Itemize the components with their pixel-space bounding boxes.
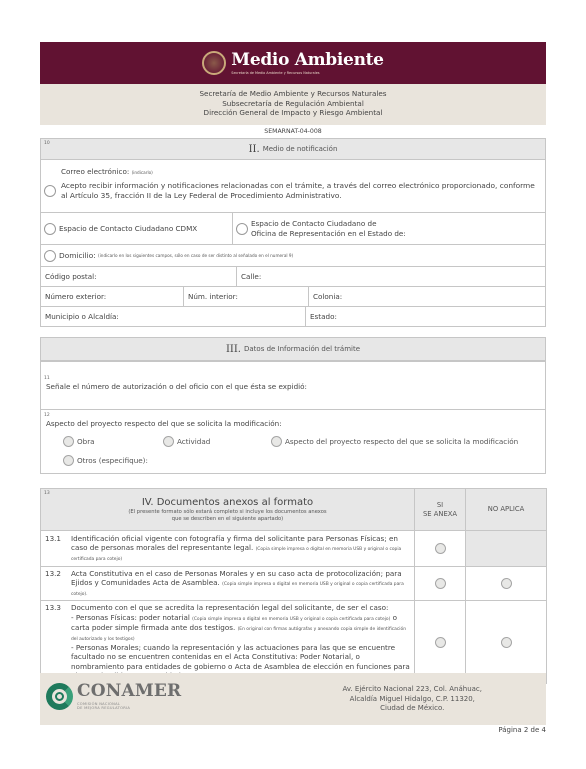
email-label: Correo electrónico: (indicarlo) — [61, 167, 153, 176]
colonia-field[interactable]: Colonia: — [308, 287, 545, 306]
section-roman: III. — [226, 344, 241, 355]
cdmx-label: Espacio de Contacto Ciudadano CDMX — [59, 224, 197, 233]
table-row: 13.3 Documento con el que se acredita la… — [41, 601, 547, 684]
email-consent-text: Acepto recibir información y notificacio… — [61, 181, 543, 201]
header-banner: Medio Ambiente Secretaría de Medio Ambie… — [40, 42, 546, 84]
question-number: 11 — [44, 376, 50, 381]
form-page: Medio Ambiente Secretaría de Medio Ambie… — [40, 42, 546, 684]
section-number: 10 — [44, 141, 50, 146]
section-header: 10 II. Medio de notificación — [41, 139, 545, 159]
column-header-no-aplica: NO APLICA — [466, 489, 547, 531]
estado-radio[interactable] — [236, 223, 248, 235]
option-aspecto[interactable]: Aspecto del proyecto respecto del que se… — [271, 436, 518, 447]
section-roman: II. — [249, 144, 260, 155]
si-anexa-radio[interactable] — [435, 637, 446, 648]
agency-line: Secretaría de Medio Ambiente y Recursos … — [40, 89, 546, 99]
authorization-number-field[interactable]: 11 Señale el número de autorización o de… — [41, 373, 545, 409]
footer-band: CONAMER COMISIÓN NACIONAL DE MEJORA REGU… — [40, 673, 546, 725]
annex-table-title: 13 IV. Documentos anexos al formato (El … — [41, 489, 415, 531]
interior-number-field[interactable]: Núm. interior: — [183, 287, 308, 306]
actividad-radio[interactable] — [163, 436, 174, 447]
section-number: 13 — [44, 491, 50, 496]
column-header-si: SISE ANEXA — [415, 489, 466, 531]
conamer-logo: CONAMER COMISIÓN NACIONAL DE MEJORA REGU… — [46, 683, 181, 711]
email-radio[interactable] — [44, 185, 56, 197]
no-aplica-radio[interactable] — [501, 578, 512, 589]
brand-title: Medio Ambiente — [231, 51, 383, 70]
state-field[interactable]: Estado: — [305, 307, 545, 326]
conamer-emblem-icon — [46, 683, 73, 710]
postal-code-field[interactable]: Código postal: — [41, 267, 236, 286]
estado-label: Espacio de Contacto Ciudadano de — [251, 219, 377, 228]
coat-of-arms-icon — [202, 51, 226, 75]
cdmx-radio[interactable] — [44, 223, 56, 235]
row-number: 13.2 — [45, 569, 71, 598]
question-number: 12 — [44, 413, 50, 418]
option-obra[interactable]: Obra — [63, 436, 95, 447]
section-title: Datos de Información del trámite — [244, 345, 360, 353]
section-notification: 10 II. Medio de notificación Correo elec… — [40, 138, 546, 327]
street-field[interactable]: Calle: — [236, 267, 545, 286]
domicilio-label: Domicilio: — [59, 251, 96, 260]
brand-subtitle: Secretaría de Medio Ambiente y Recursos … — [231, 71, 383, 76]
si-anexa-radio[interactable] — [435, 543, 446, 554]
page-number: Página 2 de 4 — [40, 726, 546, 734]
otros-radio[interactable] — [63, 455, 74, 466]
option-actividad[interactable]: Actividad — [163, 436, 210, 447]
agency-line: Subsecretaría de Regulación Ambiental — [40, 99, 546, 109]
si-anexa-radio[interactable] — [435, 578, 446, 589]
table-row: 13.1 Identificación oficial vigente con … — [41, 531, 547, 567]
section-header: III. Datos de Información del trámite — [40, 337, 546, 361]
obra-radio[interactable] — [63, 436, 74, 447]
agency-line: Dirección General de Impacto y Riesgo Am… — [40, 108, 546, 118]
section-annex-documents: 13 IV. Documentos anexos al formato (El … — [40, 488, 546, 684]
section-procedure-info: III. Datos de Información del trámite 11… — [40, 337, 546, 474]
row-number: 13.1 — [45, 534, 71, 563]
brand-logo: Medio Ambiente Secretaría de Medio Ambie… — [231, 51, 383, 76]
domicilio-radio[interactable] — [44, 250, 56, 262]
domicilio-option[interactable]: Domicilio: (indicarlo en los siguientes … — [41, 245, 545, 266]
aspecto-radio[interactable] — [271, 436, 282, 447]
option-cdmx[interactable]: Espacio de Contacto Ciudadano CDMX — [41, 213, 232, 244]
exterior-number-field[interactable]: Número exterior: — [41, 287, 183, 306]
email-option: Correo electrónico: (indicarlo) Acepto r… — [41, 159, 545, 212]
table-row: 13.2 Acta Constitutiva en el caso de Per… — [41, 567, 547, 601]
agency-block: Secretaría de Medio Ambiente y Recursos … — [40, 84, 546, 125]
aspect-question: 12 Aspecto del proyecto respecto del que… — [41, 409, 545, 473]
org-name: CONAMER — [77, 683, 181, 700]
annex-table: 13 IV. Documentos anexos al formato (El … — [40, 488, 547, 684]
form-code: SEMARNAT-04-008 — [40, 125, 546, 138]
footer-address: Av. Ejército Nacional 223, Col. Anáhuac,… — [343, 685, 483, 714]
option-estado[interactable]: Espacio de Contacto Ciudadano deOficina … — [232, 213, 545, 244]
question-text: Aspecto del proyecto respecto del que se… — [46, 419, 282, 428]
section-title: Medio de notificación — [263, 145, 338, 153]
question-text: Señale el número de autorización o del o… — [46, 382, 307, 391]
option-otros[interactable]: Otros (especifique): — [63, 455, 148, 466]
no-aplica-disabled — [466, 531, 547, 567]
row-text: Documento con el que se acredita la repr… — [71, 603, 388, 612]
municipality-field[interactable]: Municipio o Alcaldía: — [41, 307, 305, 326]
domicilio-hint: (indicarlo en los siguientes campos, sól… — [98, 253, 293, 258]
no-aplica-radio[interactable] — [501, 637, 512, 648]
row-number: 13.3 — [45, 603, 71, 681]
